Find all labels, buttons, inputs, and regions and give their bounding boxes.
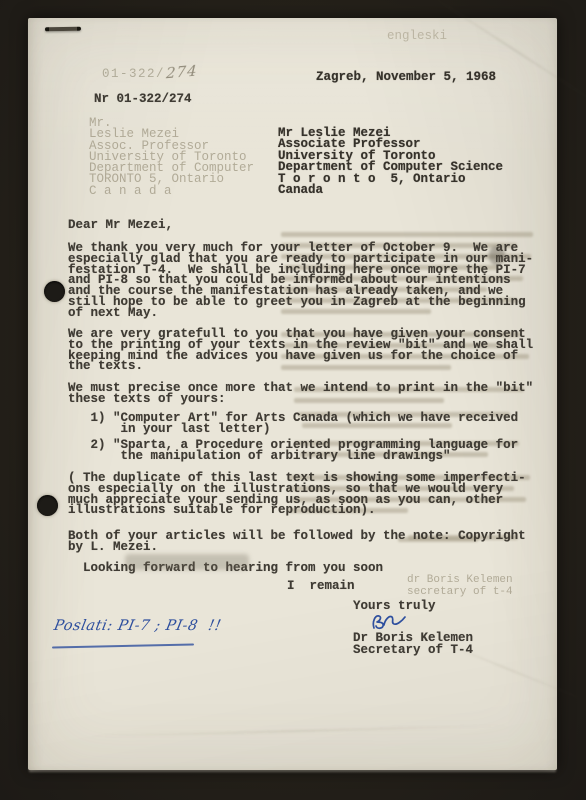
list-item-1: 1) "Computer Art" for Arts Canada (which…: [68, 413, 518, 435]
closing-i-remain: I remain: [287, 581, 355, 592]
signature-initials: [368, 612, 412, 632]
closing-yours-truly: Yours truly: [353, 601, 436, 612]
date-line: Zagreb, November 5, 1968: [316, 72, 496, 83]
body-paragraph-2: We are very gratefull to you that you ha…: [68, 329, 533, 372]
staple: [45, 27, 81, 32]
recipient-address: Mr Leslie MezeiAssociate ProfessorUniver…: [278, 128, 503, 196]
salutation: Dear Mr Mezei,: [68, 220, 173, 231]
paper-crease: [433, 0, 586, 102]
letter-paper: engleski 01-322/274 Zagreb, November 5, …: [28, 18, 557, 770]
body-paragraph-1: We thank you very much for your letter o…: [68, 243, 533, 319]
reference-stamp: 01-322/274: [102, 63, 198, 82]
body-paragraph-3: We must precise once more that we intend…: [68, 383, 533, 405]
handwritten-underline: [52, 644, 194, 649]
body-paragraph-4: ( The duplicate of this last text is sho…: [68, 473, 526, 516]
scan-background: engleski 01-322/274 Zagreb, November 5, …: [0, 0, 586, 800]
ghost-recipient-address: Mr.Leslie MezeiAssoc. ProfessorUniversit…: [89, 118, 254, 197]
stamp-number-typed: 01-322/: [102, 67, 165, 81]
hole-punch-bottom: [37, 495, 58, 516]
handwritten-note: Poslati: PI-7 ; PI-8 !!: [52, 618, 222, 634]
body-paragraph-5: Both of your articles will be followed b…: [68, 531, 526, 553]
stamp-number-handwritten: 274: [166, 62, 198, 83]
signer-name-block: Dr Boris KelemenSecretary of T-4: [353, 633, 473, 657]
ghost-signer-block: dr Boris Kelemensecretary of t-4: [407, 575, 513, 598]
ghost-language-note: engleski: [387, 31, 447, 42]
list-item-2: 2) "Sparta, a Procedure oriented program…: [68, 440, 518, 462]
paper-crease: [88, 725, 508, 738]
body-paragraph-6: Looking forward to hearing from you soon: [68, 563, 383, 574]
hole-punch-top: [44, 281, 65, 302]
reference-number: Nr 01-322/274: [94, 94, 192, 105]
